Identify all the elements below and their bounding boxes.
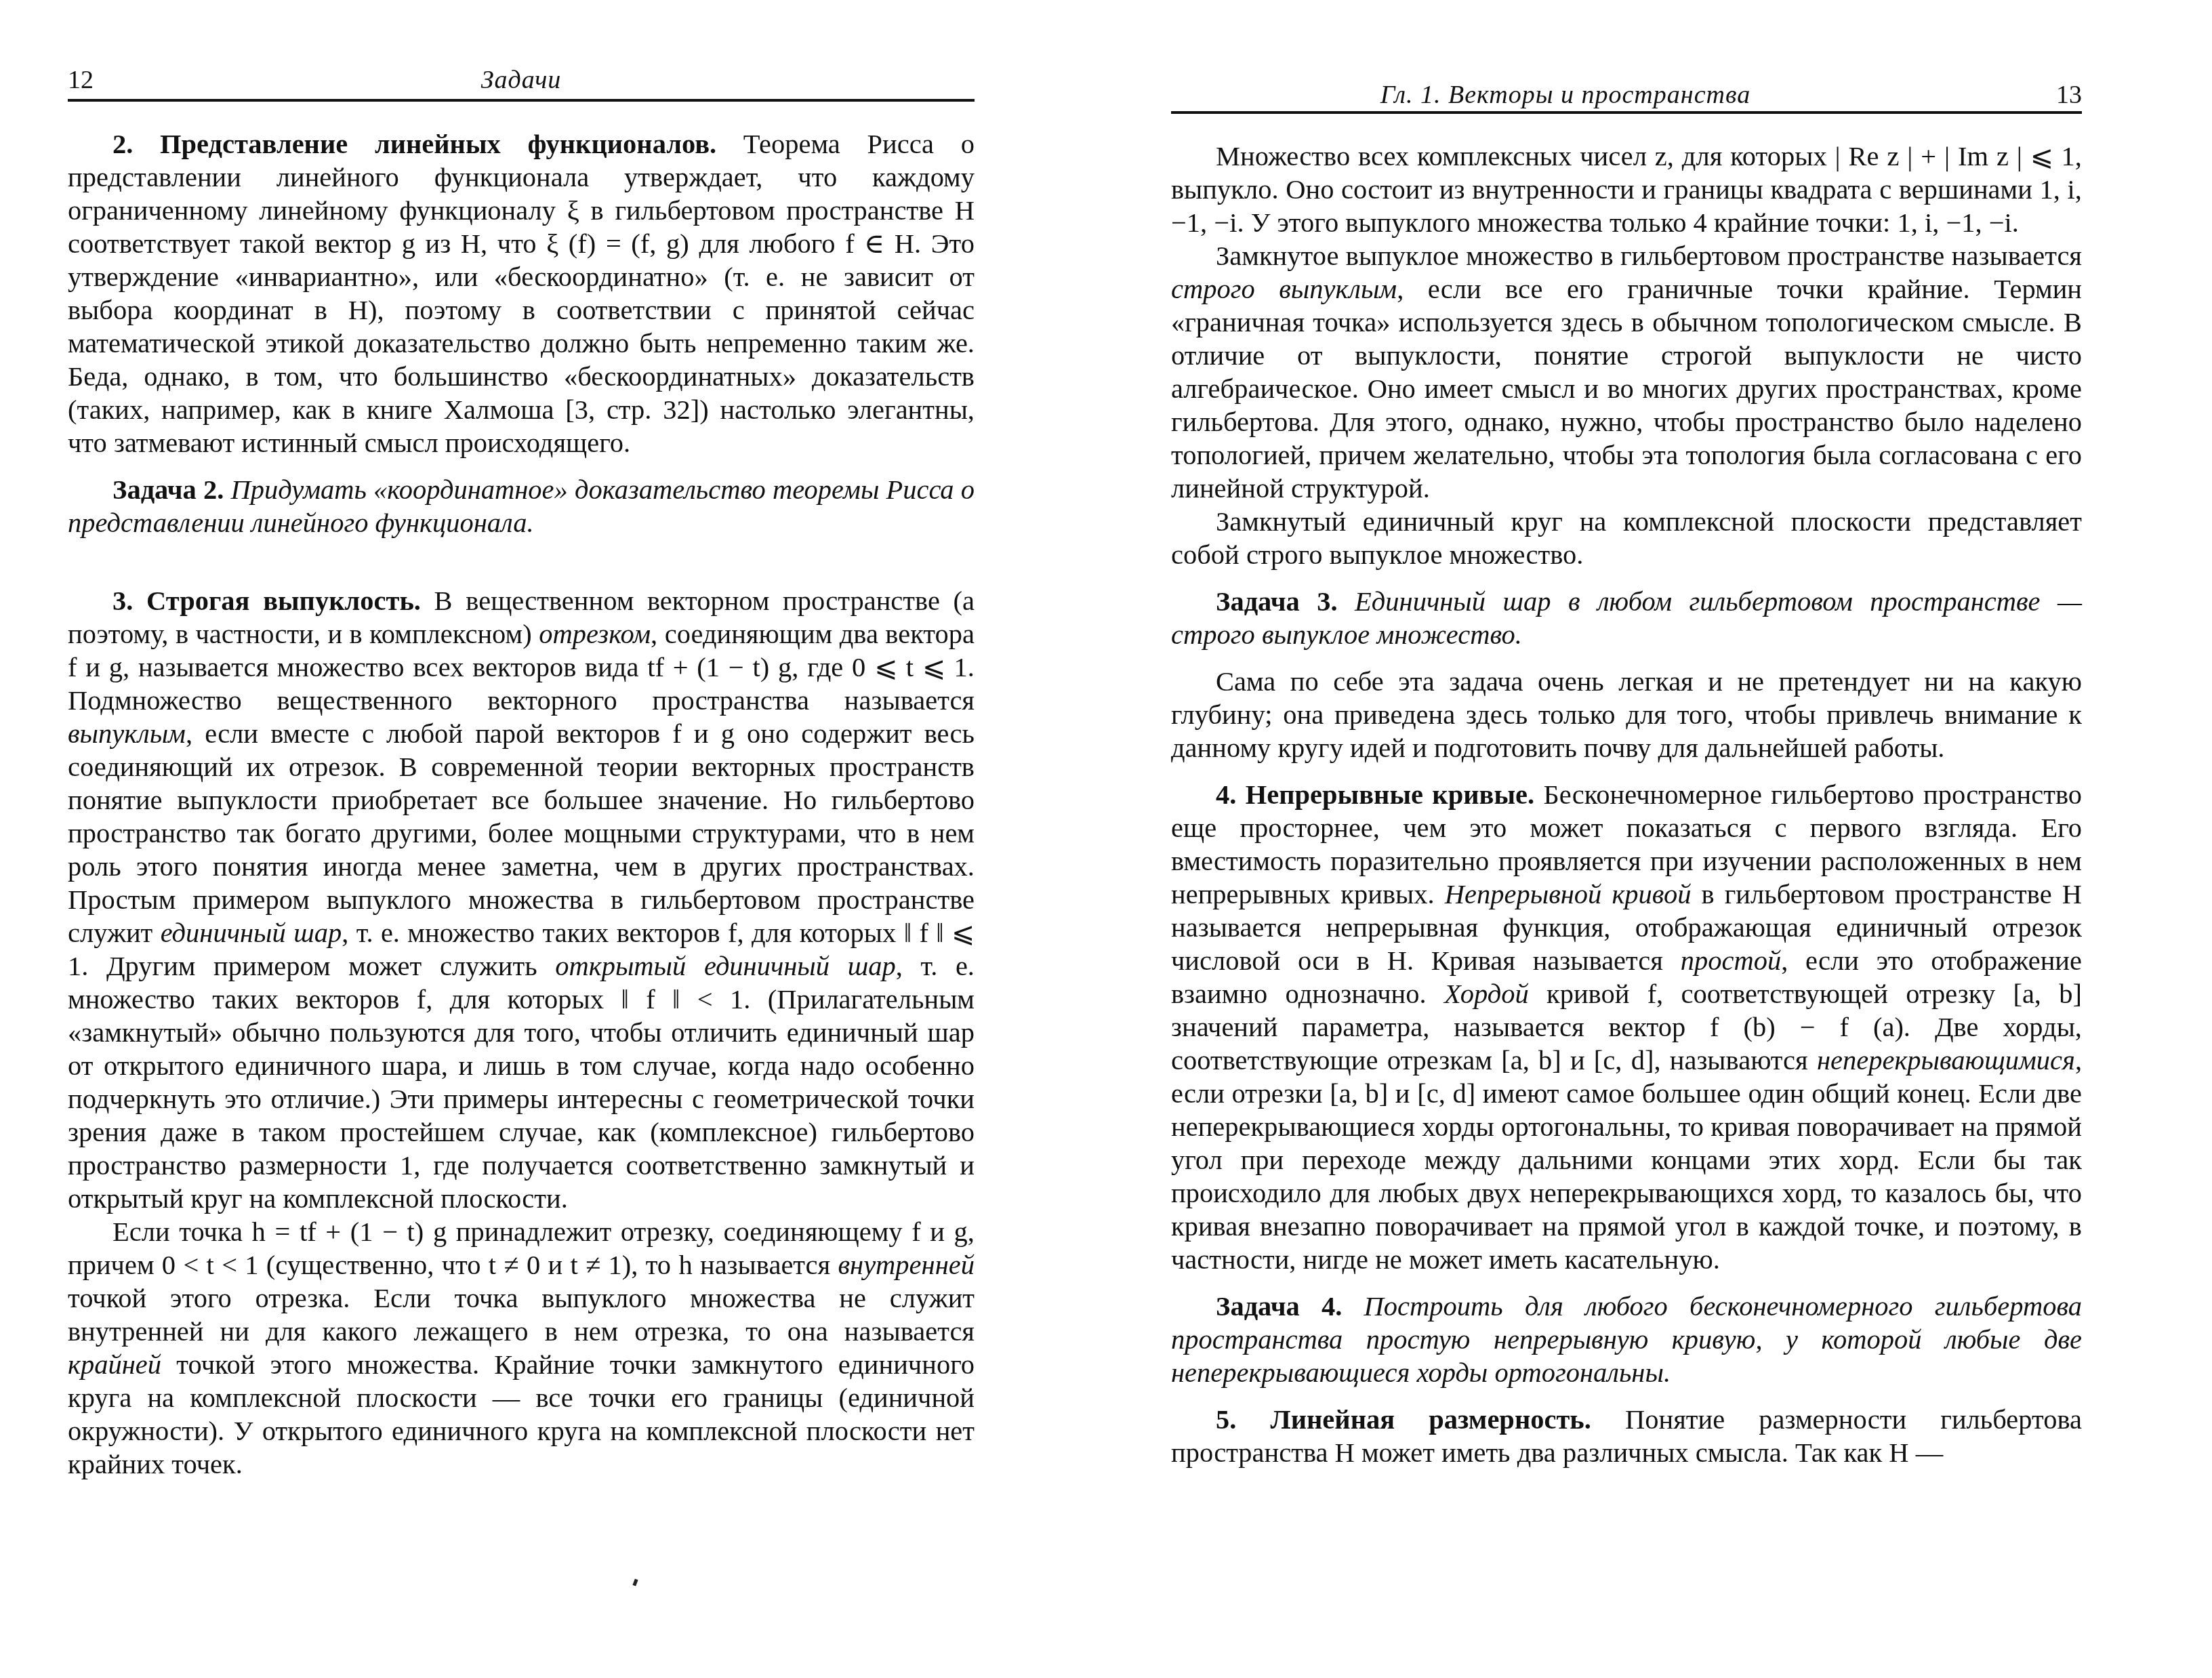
term: отрезком	[539, 619, 651, 649]
paragraph-text: Теорема Рисса о представлении линейного …	[68, 129, 975, 458]
paragraph-riesz: 2. Представление линейных функционалов. …	[68, 127, 975, 459]
term: Хордой	[1444, 979, 1529, 1009]
term: внутренней	[838, 1250, 975, 1280]
paragraph-text: , т. е. множество таких векторов f, для …	[68, 951, 975, 1214]
problem-label: Задача 4.	[1216, 1291, 1342, 1322]
paragraph-square: Множество всех комплексных чисел z, для …	[1171, 140, 2082, 239]
running-head-title: Задачи	[68, 65, 975, 95]
paragraph-text: , если все его граничные точки крайние. …	[1171, 274, 2082, 504]
header-rule	[1171, 111, 2082, 114]
term: неперекрывающимися	[1817, 1045, 2075, 1076]
term: простой	[1681, 945, 1781, 976]
term: Непрерывной кривой	[1445, 879, 1692, 909]
paragraph-text: Замкнутое выпуклое множество в гильберто…	[1216, 241, 2082, 271]
term: выпуклым	[68, 718, 186, 749]
section-heading: 5. Линейная размерность.	[1216, 1404, 1591, 1435]
term: крайней	[68, 1349, 161, 1380]
paragraph-strict-convexity: 3. Строгая выпуклость. В вещественном ве…	[68, 584, 975, 1215]
page-body: 2. Представление линейных функционалов. …	[68, 127, 975, 1481]
paragraph-continuous-curves: 4. Непрерывные кривые. Бесконечномерное …	[1171, 778, 2082, 1276]
header-rule	[68, 99, 975, 102]
page-body: Множество всех комплексных чисел z, для …	[1171, 140, 2082, 1469]
paragraph-strictly-convex: Замкнутое выпуклое множество в гильберто…	[1171, 239, 2082, 505]
running-head-title: Гл. 1. Векторы и пространства	[1171, 80, 1960, 110]
section-heading: 2. Представление линейных функционалов.	[112, 129, 716, 159]
page-number: 13	[2056, 80, 2082, 110]
paragraph-remark: Сама по себе эта задача очень легкая и н…	[1171, 665, 2082, 764]
problem-3: Задача 3. Единичный шар в любом гильберт…	[1171, 585, 2082, 651]
paragraph-text: точкой этого множества. Крайние точки за…	[68, 1349, 975, 1479]
scan-artifact	[632, 1578, 638, 1586]
paragraph-linear-dimension: 5. Линейная размерность. Понятие размерн…	[1171, 1403, 2082, 1469]
problem-4: Задача 4. Построить для любого бесконечн…	[1171, 1290, 2082, 1389]
paragraph-text: , если вместе с любой парой векторов f и…	[68, 718, 975, 948]
paragraph-text: Замкнутый единичный круг на комплексной …	[1171, 506, 2082, 570]
problem-2: Задача 2. Придумать «координатное» доказ…	[68, 473, 975, 539]
paragraph-text: , если отрезки [a, b] и [c, d] имеют сам…	[1171, 1045, 2082, 1275]
paragraph-extreme-points: Если точка h = tf + (1 − t) g принадлежи…	[68, 1215, 975, 1481]
paragraph-text: точкой этого отрезка. Если точка выпукло…	[68, 1283, 975, 1347]
section-heading: 3. Строгая выпуклость.	[112, 586, 421, 616]
running-head: 12 Задачи	[68, 65, 975, 99]
problem-label: Задача 3.	[1216, 586, 1338, 617]
paragraph-text: Сама по себе эта задача очень легкая и н…	[1171, 666, 2082, 763]
term: единичный шар	[161, 918, 342, 948]
term: строго выпуклым	[1171, 274, 1397, 304]
term: открытый единичный шар	[555, 951, 896, 981]
running-head: Гл. 1. Векторы и пространства 13	[1171, 80, 2082, 114]
section-heading: 4. Непрерывные кривые.	[1216, 779, 1534, 810]
problem-label: Задача 2.	[112, 474, 224, 505]
paragraph-closed-disk: Замкнутый единичный круг на комплексной …	[1171, 505, 2082, 571]
paragraph-text: Множество всех комплексных чисел z, для …	[1171, 141, 2082, 238]
